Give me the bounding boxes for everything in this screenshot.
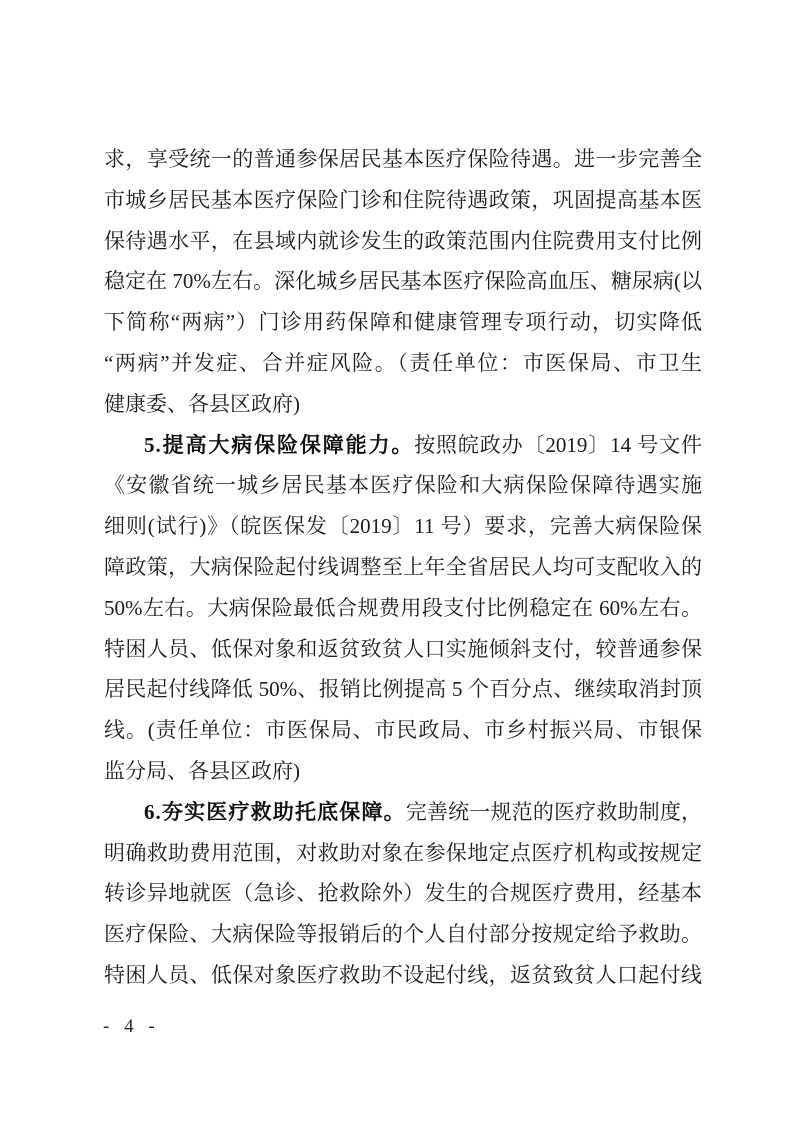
body-text-line: 稳定在 70%左右。深化城乡居民基本医疗保险高血压、糖尿病(以 (104, 261, 702, 302)
section-6-title: 6.夯实医疗救助托底保障。 (144, 800, 406, 824)
paragraph-4-last-line: 健康委、各县区政府) (104, 384, 702, 425)
body-text-line: 特困人员、低保对象和返贫致贫人口实施倾斜支付，较普通参保 (104, 629, 702, 670)
section-6-heading-line: 6.夯实医疗救助托底保障。完善统一规范的医疗救助制度， (104, 792, 702, 833)
body-text-line: 明确救助费用范围，对救助对象在参保地定点医疗机构或按规定 (104, 833, 702, 874)
body-text-line: 线。(责任单位：市医保局、市民政局、市乡村振兴局、市银保 (104, 710, 702, 751)
section-6-text-start: 完善统一规范的医疗救助制度， (406, 800, 702, 824)
body-text-line: 障政策，大病保险起付线调整至上年全省居民人均可支配收入的 (104, 547, 702, 588)
section-5-heading-line: 5.提高大病保险保障能力。按照皖政办〔2019〕14 号文件及 (104, 425, 702, 466)
page-number: - 4 - (103, 1016, 160, 1038)
body-text-line: 居民起付线降低 50%、报销比例提高 5 个百分点、继续取消封顶 (104, 669, 702, 710)
body-text-line: “两病”并发症、合并症风险。（责任单位：市医保局、市卫生 (104, 343, 702, 384)
document-body: 求，享受统一的普通参保居民基本医疗保险待遇。进一步完善全 市城乡居民基本医疗保险… (104, 139, 702, 996)
body-text-line: 医疗保险、大病保险等报销后的个人自付部分按规定给予救助。 (104, 914, 702, 955)
body-text-line: 细则(试行)》（皖医保发〔2019〕11 号）要求，完善大病保险保 (104, 506, 702, 547)
body-text-line: 《安徽省统一城乡居民基本医疗保险和大病保险保障待遇实施 (104, 465, 702, 506)
document-page: 求，享受统一的普通参保居民基本医疗保险待遇。进一步完善全 市城乡居民基本医疗保险… (0, 0, 793, 1122)
body-text-line: 市城乡居民基本医疗保险门诊和住院待遇政策，巩固提高基本医 (104, 180, 702, 221)
body-text-line: 50%左右。大病保险最低合规费用段支付比例稳定在 60%左右。对 (104, 588, 702, 629)
body-text-line: 转诊异地就医（急诊、抢救除外）发生的合规医疗费用，经基本 (104, 873, 702, 914)
paragraph-5-last-line: 监分局、各县区政府) (104, 751, 702, 792)
section-5-title: 5.提高大病保险保障能力。 (144, 433, 414, 457)
body-text-line: 特困人员、低保对象医疗救助不设起付线，返贫致贫人口起付线 (104, 955, 702, 996)
body-text-line: 保待遇水平，在县域内就诊发生的政策范围内住院费用支付比例 (104, 221, 702, 262)
body-text-line: 求，享受统一的普通参保居民基本医疗保险待遇。进一步完善全 (104, 139, 702, 180)
body-text-line: 下简称“两病”）门诊用药保障和健康管理专项行动，切实降低 (104, 302, 702, 343)
